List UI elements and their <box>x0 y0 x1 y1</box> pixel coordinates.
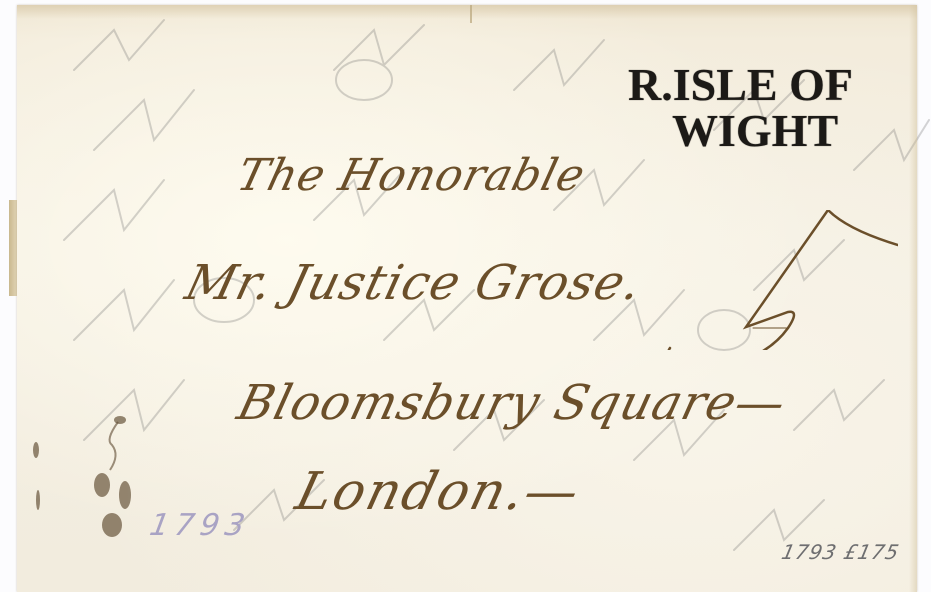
address-line-honorific: The Honorable <box>232 150 591 201</box>
ink-stains <box>20 400 160 550</box>
pencil-annotation-year: 1793 <box>147 508 254 543</box>
top-edge-shading <box>17 5 917 19</box>
postmark-line-1: R.ISLE OF <box>628 62 853 108</box>
postmark-line-2: WIGHT <box>628 108 853 154</box>
address-line-recipient: Mr. Justice Grose. <box>180 255 648 311</box>
pencil-annotation-price: 1793 £175 <box>779 540 901 564</box>
postmark-stamp: R.ISLE OF WIGHT <box>628 62 853 154</box>
rate-mark-5 <box>658 210 898 350</box>
letter-scan: R.ISLE OF WIGHT The Honorable Mr. Justic… <box>0 0 931 592</box>
fold-crease <box>470 5 472 23</box>
address-line-city: London.— <box>290 462 587 522</box>
right-edge-shading <box>909 5 917 592</box>
address-line-street: Bloomsbury Square— <box>232 375 792 431</box>
